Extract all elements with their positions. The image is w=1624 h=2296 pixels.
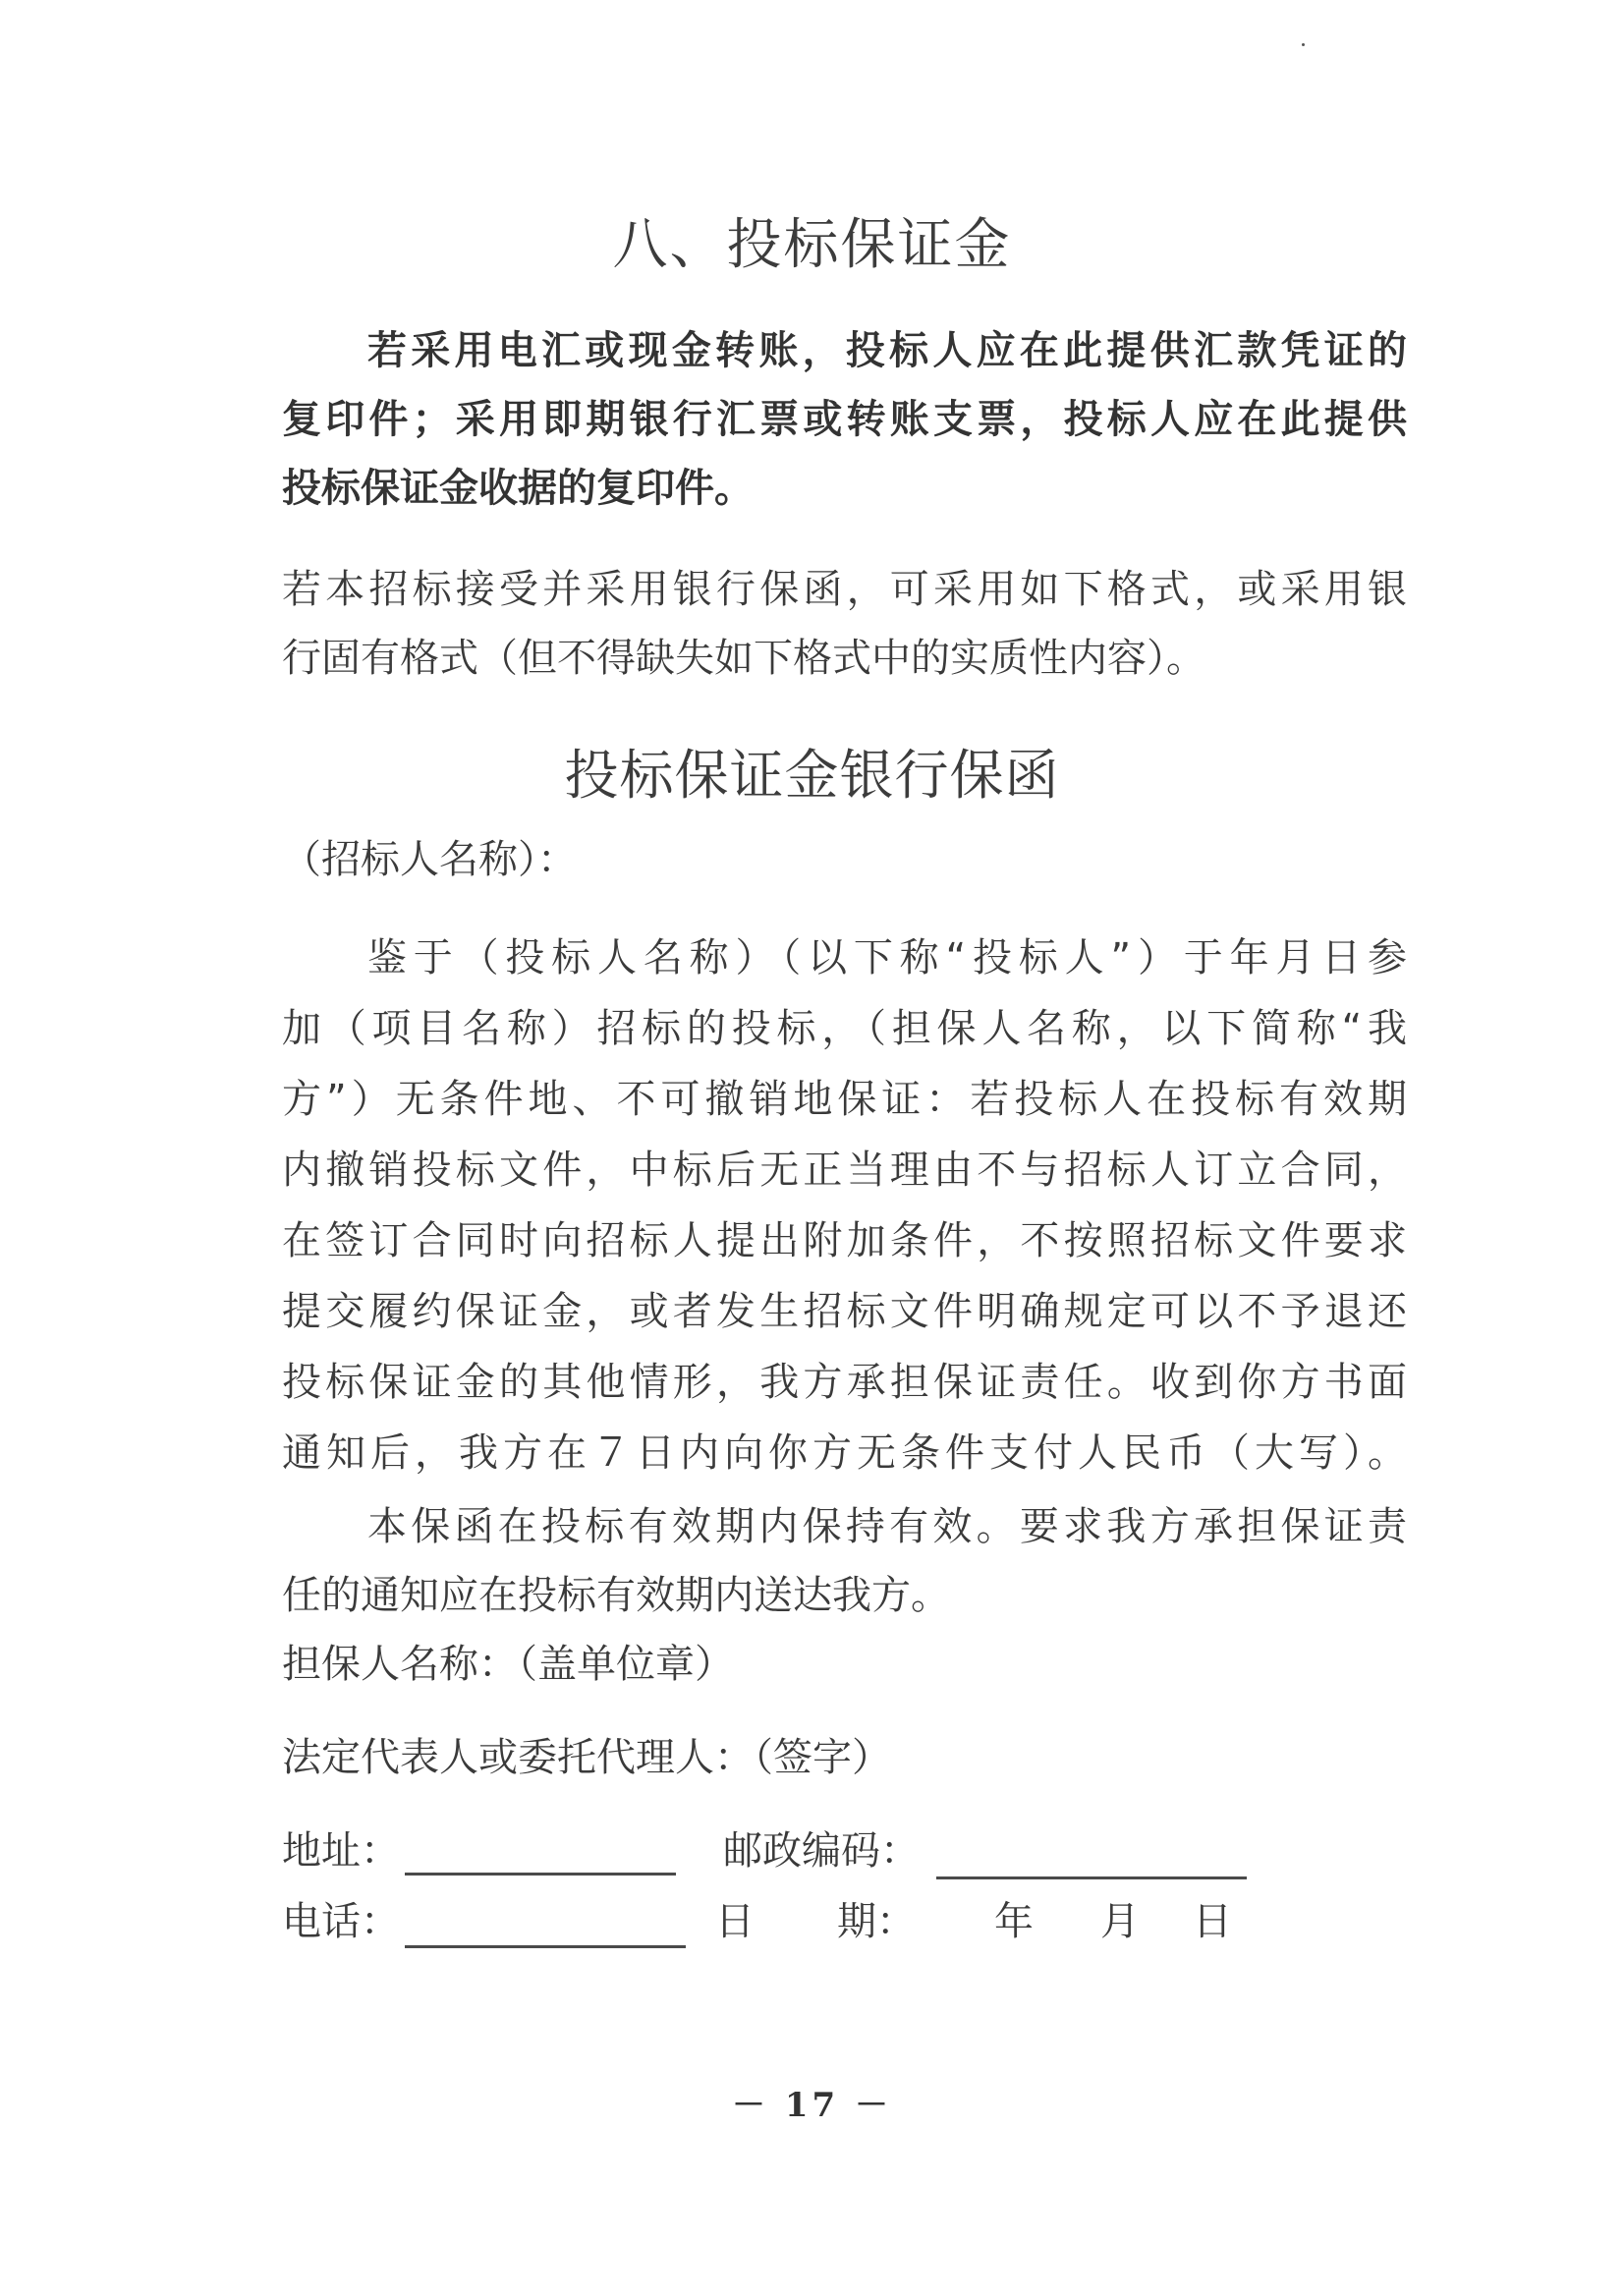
address-label: 地址： [282,1827,400,1875]
phone-label: 电话： [282,1898,400,1945]
body-line-1: 鉴于（投标人名称）（以下称“投标人”）于年月日参 [282,934,1407,981]
addressee: （招标人名称）： [282,836,1407,883]
date-month-label: 月 [1100,1898,1140,1945]
postal-code-label: 邮政编码： [723,1827,920,1875]
intro-line-2: 行固有格式（但不得缺失如下格式中的实质性内容）。 [282,635,1407,682]
guarantor-signature-line: 担保人名称：（盖单位章） [282,1641,1407,1688]
page-number: － 17 － [0,2078,1624,2126]
representative-signature-line: 法定代表人或委托代理人：（签字） [282,1734,1407,1781]
validity-line-1: 本保函在投标有效期内保持有效。要求我方承担保证责 [282,1503,1407,1550]
intro-bold-line-2: 复印件；采用即期银行汇票或转账支票，投标人应在此提供 [282,396,1407,443]
body-line-5: 在签订合同时向招标人提出附加条件，不按照招标文件要求 [282,1217,1407,1264]
validity-line-2: 任的通知应在投标有效期内送达我方。 [282,1572,1407,1619]
intro-bold-line-3: 投标保证金收据的复印件。 [282,465,1407,512]
body-line-2: 加（项目名称）招标的投标，（担保人名称，以下简称“我 [282,1005,1407,1052]
body-line-3: 方”）无条件地、不可撤销地保证：若投标人在投标有效期 [282,1076,1407,1123]
guarantee-title: 投标保证金银行保函 [0,732,1624,810]
phone-blank[interactable] [405,1945,686,1948]
body-line-8: 通知后，我方在７日内向你方无条件支付人民币（大写）。 [282,1429,1407,1477]
date-label-qi: 期： [837,1898,916,1945]
date-label-ri: 日 [715,1898,755,1945]
date-year-label: 年 [994,1898,1034,1945]
document-page: 八、投标保证金 若采用电汇或现金转账，投标人应在此提供汇款凭证的 复印件；采用即… [0,0,1624,2296]
intro-bold-line-1: 若采用电汇或现金转账，投标人应在此提供汇款凭证的 [282,327,1407,374]
body-line-6: 提交履约保证金，或者发生招标文件明确规定可以不予退还 [282,1288,1407,1335]
body-line-4: 内撤销投标文件，中标后无正当理由不与招标人订立合同， [282,1147,1407,1194]
scan-artifact-dot [1302,43,1305,46]
section-title: 八、投标保证金 [0,201,1624,280]
intro-line-1: 若本招标接受并采用银行保函，可采用如下格式，或采用银 [282,566,1407,613]
body-line-7: 投标保证金的其他情形，我方承担保证责任。收到你方书面 [282,1359,1407,1406]
postal-code-blank[interactable] [936,1876,1247,1879]
address-blank[interactable] [405,1873,676,1876]
date-day-label: 日 [1193,1898,1232,1945]
